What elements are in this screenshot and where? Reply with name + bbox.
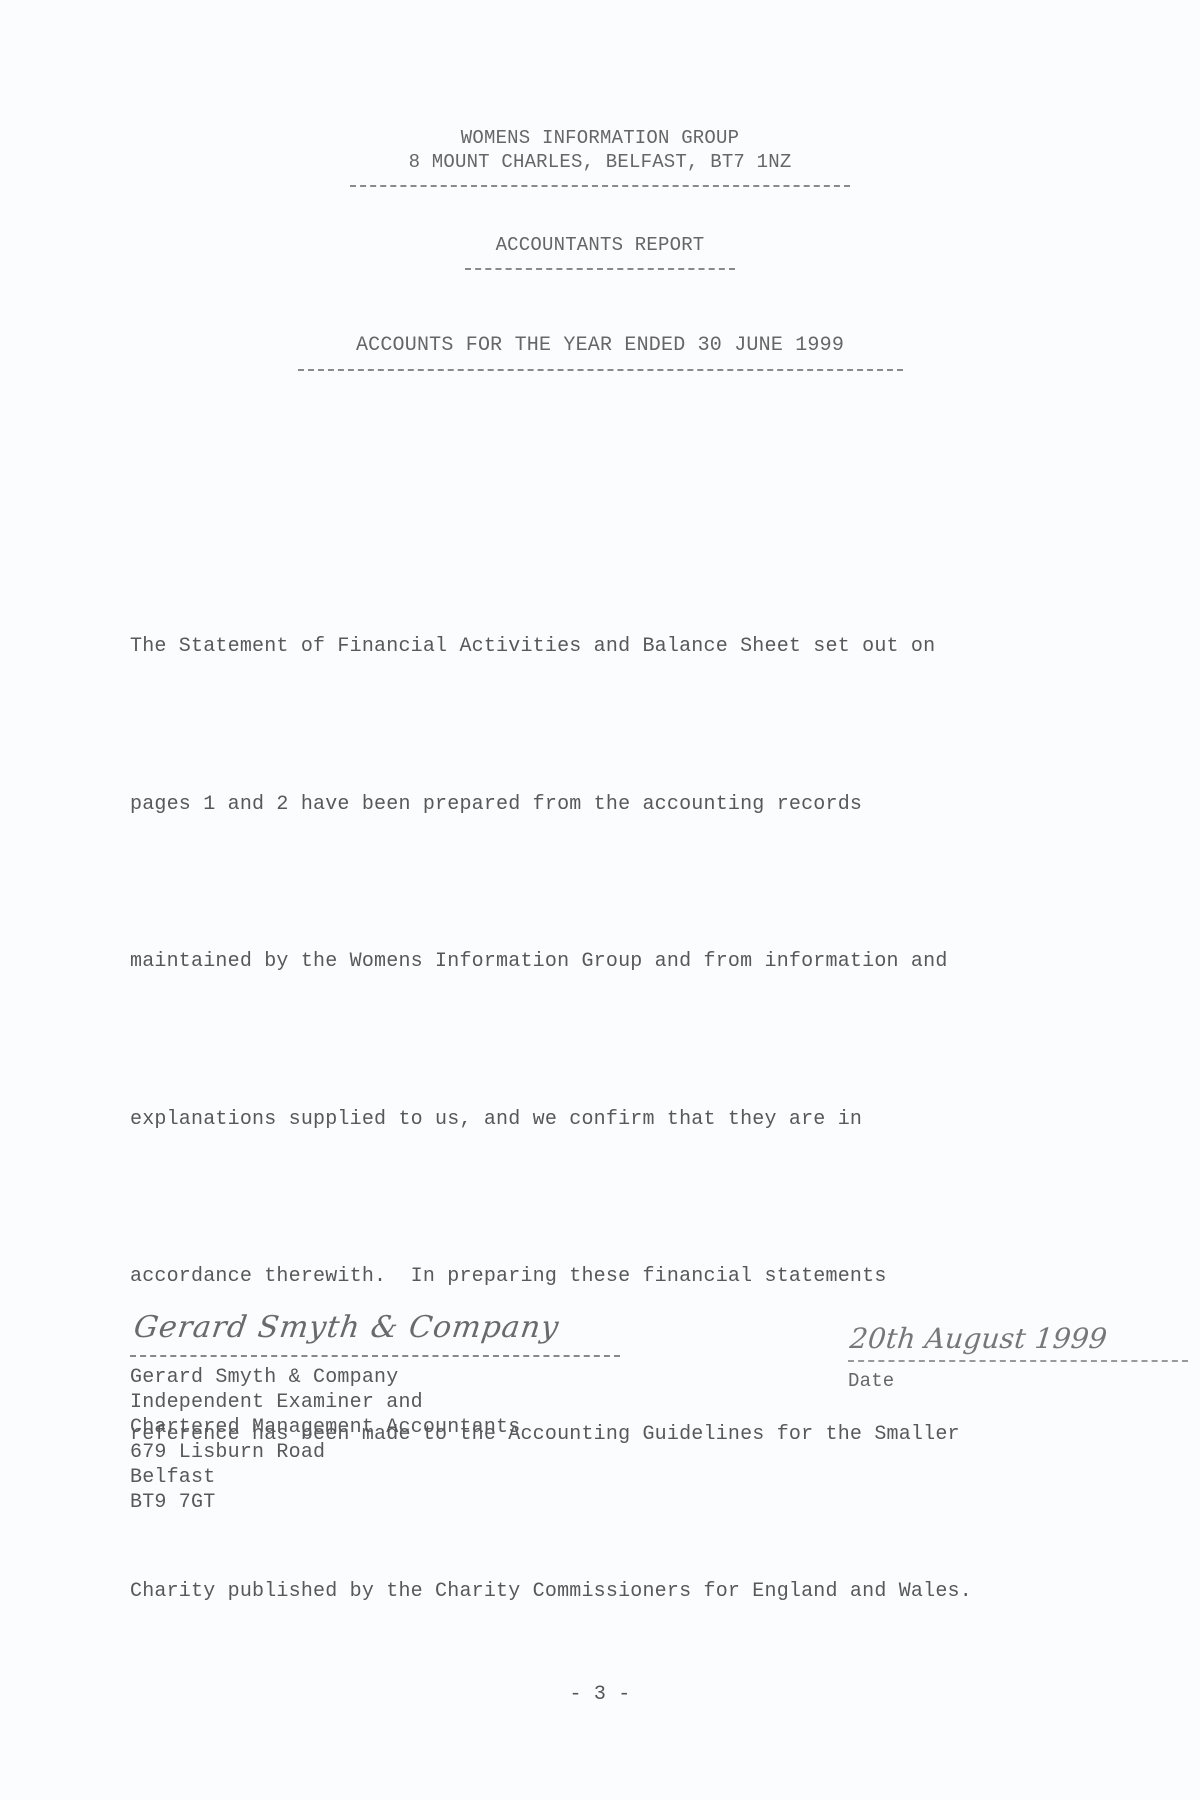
signatory-postcode: BT9 7GT <box>130 1490 630 1515</box>
body-line: pages 1 and 2 have been prepared from th… <box>130 779 1190 832</box>
period-title-block: ACCOUNTS FOR THE YEAR ENDED 30 JUNE 1999 <box>0 334 1200 376</box>
organisation-address: 8 MOUNT CHARLES, BELFAST, BT7 1NZ <box>0 150 1200 174</box>
date-label: Date <box>848 1370 1188 1392</box>
body-line: The Statement of Financial Activities an… <box>130 621 1190 674</box>
signatory-qualification: Chartered Management Accountants <box>130 1415 630 1440</box>
signatory-role: Independent Examiner and <box>130 1390 630 1415</box>
period-title-underline <box>298 369 903 371</box>
signature-block: Gerard Smyth & Company Gerard Smyth & Co… <box>130 1305 630 1515</box>
report-title: ACCOUNTANTS REPORT <box>0 233 1200 257</box>
report-title-underline <box>465 268 735 270</box>
signatory-city: Belfast <box>130 1465 630 1490</box>
handwritten-date: 20th August 1999 <box>846 1322 1190 1356</box>
body-line: explanations supplied to us, and we conf… <box>130 1094 1190 1147</box>
page-number: - 3 - <box>0 1683 1200 1706</box>
body-line: maintained by the Womens Information Gro… <box>130 936 1190 989</box>
date-block: 20th August 1999 Date <box>848 1322 1188 1392</box>
handwritten-signature: Gerard Smyth & Company <box>127 1305 633 1351</box>
signatory-street: 679 Lisburn Road <box>130 1440 630 1465</box>
date-line <box>848 1360 1188 1362</box>
signatory-name: Gerard Smyth & Company <box>130 1365 630 1390</box>
period-title: ACCOUNTS FOR THE YEAR ENDED 30 JUNE 1999 <box>0 334 1200 358</box>
header-underline <box>350 185 850 187</box>
report-title-block: ACCOUNTANTS REPORT <box>0 233 1200 275</box>
organisation-name: WOMENS INFORMATION GROUP <box>0 126 1200 150</box>
report-body: The Statement of Financial Activities an… <box>130 516 1190 1724</box>
organisation-header: WOMENS INFORMATION GROUP 8 MOUNT CHARLES… <box>0 126 1200 192</box>
body-line: Charity published by the Charity Commiss… <box>130 1566 1190 1619</box>
document-page: WOMENS INFORMATION GROUP 8 MOUNT CHARLES… <box>0 0 1200 1800</box>
body-line: accordance therewith. In preparing these… <box>130 1251 1190 1304</box>
signature-line <box>130 1355 620 1357</box>
